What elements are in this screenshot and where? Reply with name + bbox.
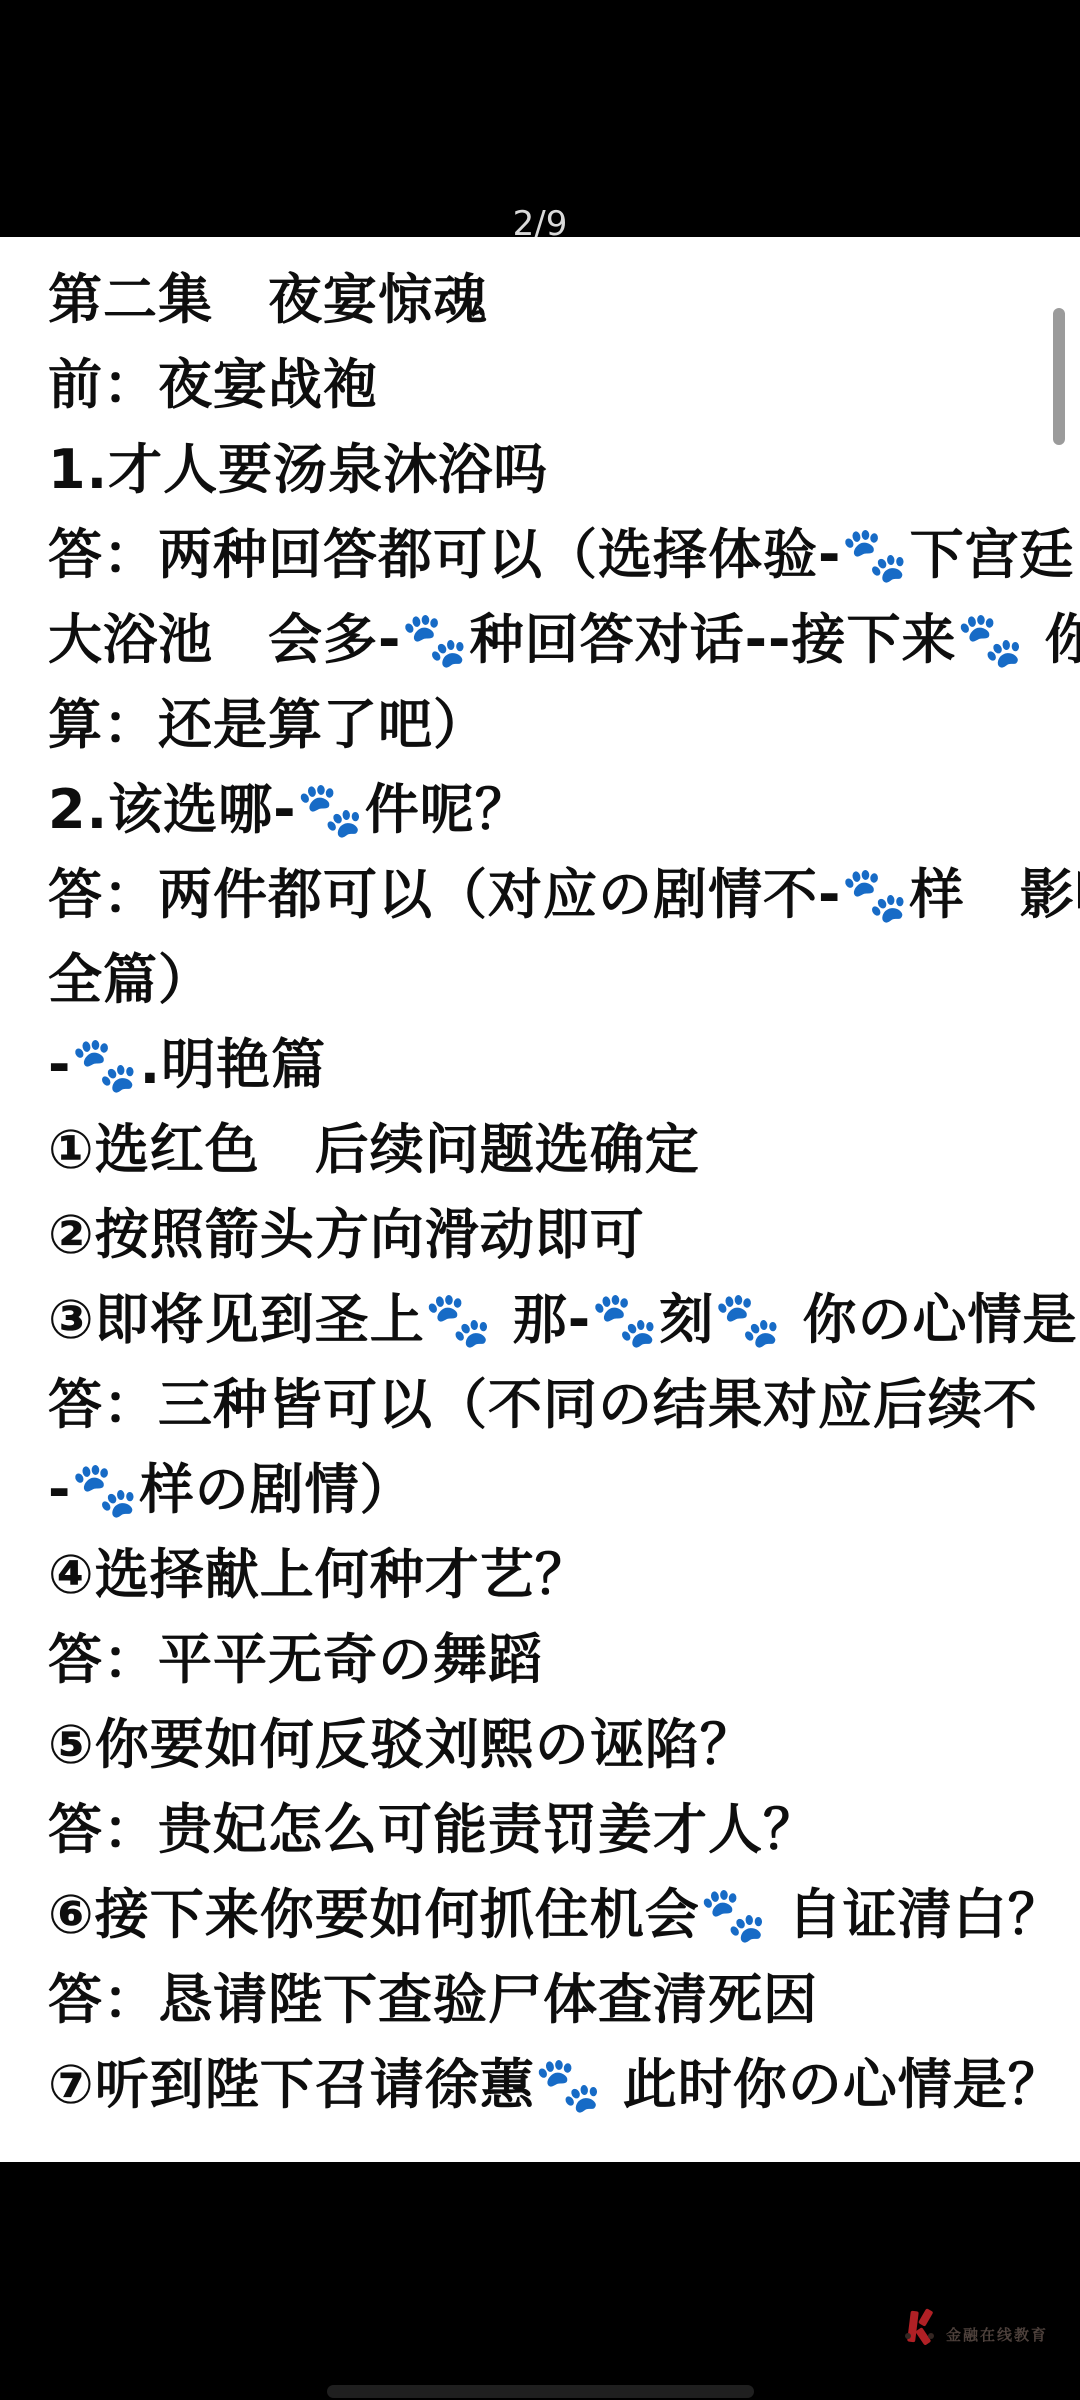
- guide-step-5: ⑤你要如何反驳刘熙の诬陷？: [48, 1702, 1050, 1787]
- guide-image-page: 第二集 夜宴惊魂 前：夜宴战袍 1.才人要汤泉沐浴吗 答：两种回答都可以（选择体…: [0, 237, 1080, 2162]
- guide-answer-line: 全篇）: [48, 937, 1050, 1022]
- guide-question-2: 2.该选哪-🐾件呢？: [48, 767, 1050, 852]
- guide-section-title: -🐾.明艳篇: [48, 1022, 1050, 1107]
- guide-step-4: ④选择献上何种才艺？: [48, 1532, 1050, 1617]
- guide-answer-line: 答：三种皆可以（不同の结果对应后续不: [48, 1362, 1050, 1447]
- guide-question-1: 1.才人要汤泉沐浴吗: [48, 427, 1050, 512]
- guide-step-2: ②按照箭头方向滑动即可: [48, 1192, 1050, 1277]
- guide-answer-line: 答：贵妃怎么可能责罚姜才人？: [48, 1787, 1050, 1872]
- guide-step-3: ③即将见到圣上🐾 那-🐾刻🐾 你の心情是...: [48, 1277, 1050, 1362]
- guide-answer-line: 答：恳请陛下查验尸体查清死因: [48, 1957, 1050, 2042]
- guide-answer-line: 答：平平无奇の舞蹈: [48, 1617, 1050, 1702]
- home-indicator[interactable]: [327, 2385, 754, 2398]
- watermark: 金融在线教育: [902, 2306, 1048, 2348]
- guide-answer-line: 答：两种回答都可以（选择体验-🐾下宫廷: [48, 512, 1050, 597]
- scrollbar-thumb[interactable]: [1053, 308, 1065, 445]
- phone-screen: 2/9 第二集 夜宴惊魂 前：夜宴战袍 1.才人要汤泉沐浴吗 答：两种回答都可以…: [0, 0, 1080, 2400]
- guide-line: 前：夜宴战袍: [48, 342, 1050, 427]
- episode-title: 第二集 夜宴惊魂: [48, 257, 1050, 342]
- guide-step-6: ⑥接下来你要如何抓住机会🐾 自证清白？: [48, 1872, 1050, 1957]
- guide-answer-line: 算：还是算了吧）: [48, 682, 1050, 767]
- guide-answer-line: 大浴池 会多-🐾种回答对话--接下来🐾 你打: [48, 597, 1050, 682]
- watermark-text: 金融在线教育: [946, 2324, 1048, 2348]
- guide-step-7: ⑦听到陛下召请徐蕙🐾 此时你の心情是？: [48, 2042, 1050, 2127]
- guide-text-block: 第二集 夜宴惊魂 前：夜宴战袍 1.才人要汤泉沐浴吗 答：两种回答都可以（选择体…: [0, 237, 1080, 2127]
- guide-answer-line: 答：两件都可以（对应の剧情不-🐾样 影响: [48, 852, 1050, 937]
- guide-step-1: ①选红色 后续问题选确定: [48, 1107, 1050, 1192]
- watermark-logo-icon: [902, 2306, 936, 2348]
- guide-answer-line: -🐾样の剧情）: [48, 1447, 1050, 1532]
